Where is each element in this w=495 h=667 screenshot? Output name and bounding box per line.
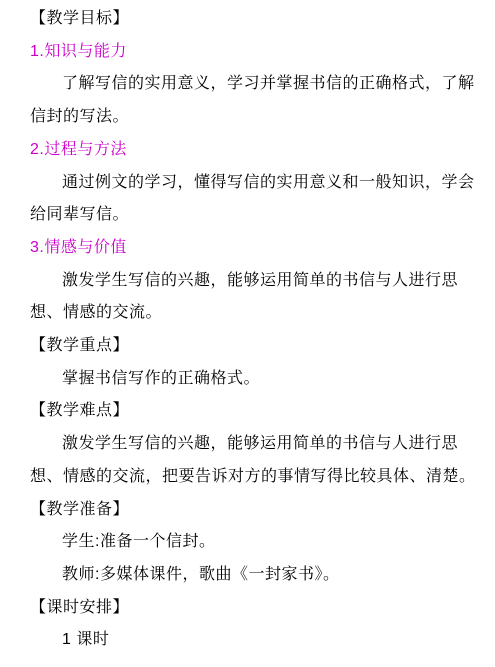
paragraph-knowledge-ability: 了解写信的实用意义，学习并掌握书信的正确格式，了解信封的写法。 bbox=[30, 68, 480, 133]
section-heading-teaching-difficulties: 【教学难点】 bbox=[30, 395, 480, 428]
subheading-emotion-value: 3.情感与价值 bbox=[30, 232, 480, 265]
lesson-plan-document: 【教学目标】 1.知识与能力 了解写信的实用意义，学习并掌握书信的正确格式，了解… bbox=[0, 0, 495, 667]
paragraph-process-method: 通过例文的学习，懂得写信的实用意义和一般知识，学会给同辈写信。 bbox=[30, 167, 480, 232]
section-heading-teaching-preparation: 【教学准备】 bbox=[30, 494, 480, 527]
section-heading-teaching-objectives: 【教学目标】 bbox=[30, 3, 480, 36]
subheading-knowledge-ability: 1.知识与能力 bbox=[30, 36, 480, 69]
paragraph-key-points: 掌握书信写作的正确格式。 bbox=[30, 363, 480, 396]
section-heading-class-schedule: 【课时安排】 bbox=[30, 592, 480, 625]
paragraph-class-hours: 1 课时 bbox=[30, 624, 480, 657]
section-heading-teaching-key-points: 【教学重点】 bbox=[30, 330, 480, 363]
subheading-process-method: 2.过程与方法 bbox=[30, 134, 480, 167]
paragraph-preparation-student: 学生:准备一个信封。 bbox=[30, 526, 480, 559]
paragraph-preparation-teacher: 教师:多媒体课件，歌曲《一封家书》。 bbox=[30, 559, 480, 592]
paragraph-difficulties: 激发学生写信的兴趣，能够运用简单的书信与人进行思想、情感的交流，把要告诉对方的事… bbox=[30, 428, 480, 493]
paragraph-emotion-value: 激发学生写信的兴趣，能够运用简单的书信与人进行思想、情感的交流。 bbox=[30, 265, 480, 330]
